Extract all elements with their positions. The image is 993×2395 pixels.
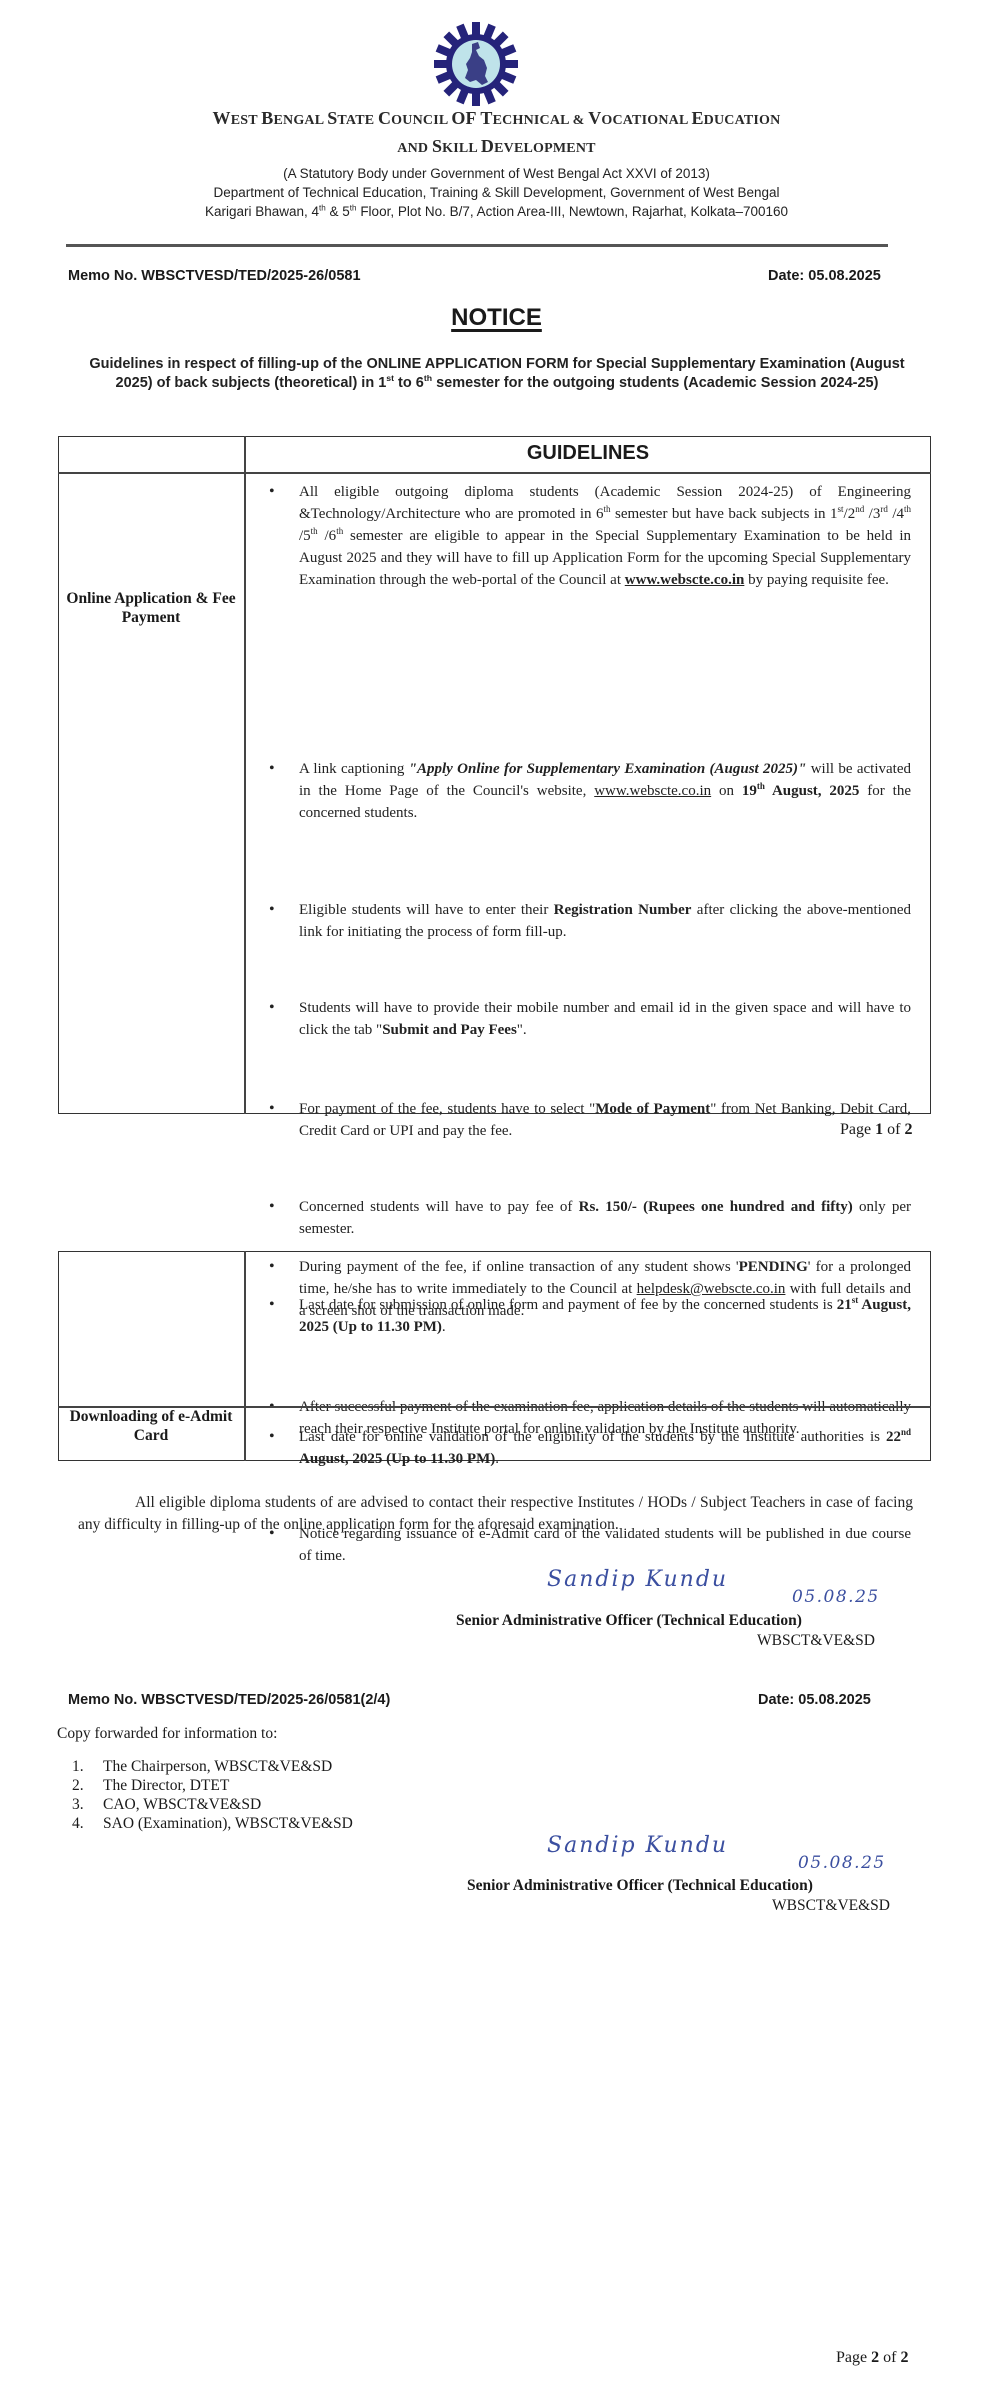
guideline-item-apply-link: A link captioning "Apply Online for Supp… [299,758,911,824]
helpdesk-email-link[interactable]: helpdesk@webscte.co.in [637,1281,786,1297]
signature: Sandip Kundu [547,1567,728,1592]
signatory-office: WBSCT&VE&SD [772,1897,890,1915]
signature-date: 05.08.25 [792,1587,880,1607]
table-header-divider [58,472,931,474]
recipient-item: 1.The Chairperson, WBSCT&VE&SD [72,1757,353,1776]
signature: Sandip Kundu [547,1833,728,1858]
page-number-1: Page 1 of 2 [840,1121,912,1139]
website-link[interactable]: www.webscte.co.in [594,783,711,799]
row-label-online-application: Online Application & Fee Payment [58,589,244,627]
forwarding-memo-number: Memo No. WBSCTVESD/TED/2025-26/0581(2/4) [68,1692,390,1708]
page-number-2: Page 2 of 2 [836,2349,908,2367]
copy-forwarded-title: Copy forwarded for information to: [57,1725,277,1743]
guideline-item-eligibility: All eligible outgoing diploma students (… [299,481,911,591]
guidelines-bullet-list-continued: During payment of the fee, if online tra… [299,0,911,154]
website-link[interactable]: www.webscte.co.in [625,572,745,588]
recipient-item: 3.CAO, WBSCT&VE&SD [72,1795,353,1814]
row-label-admit-card: Downloading of e-Admit Card [58,1407,244,1445]
signatory-designation: Senior Administrative Officer (Technical… [467,1877,813,1895]
guidelines-header: GUIDELINES [245,442,931,465]
recipient-item: 4.SAO (Examination), WBSCT&VE&SD [72,1814,353,1833]
guideline-item-pending-transaction: During payment of the fee, if online tra… [299,1256,911,1322]
signatory-designation: Senior Administrative Officer (Technical… [456,1612,802,1630]
forwarding-memo-date: Date: 05.08.2025 [758,1692,871,1708]
signatory-office: WBSCT&VE&SD [757,1632,875,1650]
signature-date: 05.08.25 [798,1853,886,1873]
recipient-list: 1.The Chairperson, WBSCT&VE&SD 2.The Dir… [72,1757,353,1833]
table-column-divider [244,436,246,1114]
guideline-item-registration: Eligible students will have to enter the… [299,899,911,943]
guideline-item-payment-mode: For payment of the fee, students have to… [299,1098,911,1142]
closing-paragraph: All eligible diploma students of are adv… [78,1492,913,1536]
guideline-item-contact-details: Students will have to provide their mobi… [299,997,911,1041]
table-column-divider [244,1251,246,1461]
recipient-item: 2.The Director, DTET [72,1776,353,1795]
guideline-item-fee-amount: Concerned students will have to pay fee … [299,1196,911,1240]
guideline-item-last-date-validation: Last date for online validation of the e… [299,1426,911,1470]
